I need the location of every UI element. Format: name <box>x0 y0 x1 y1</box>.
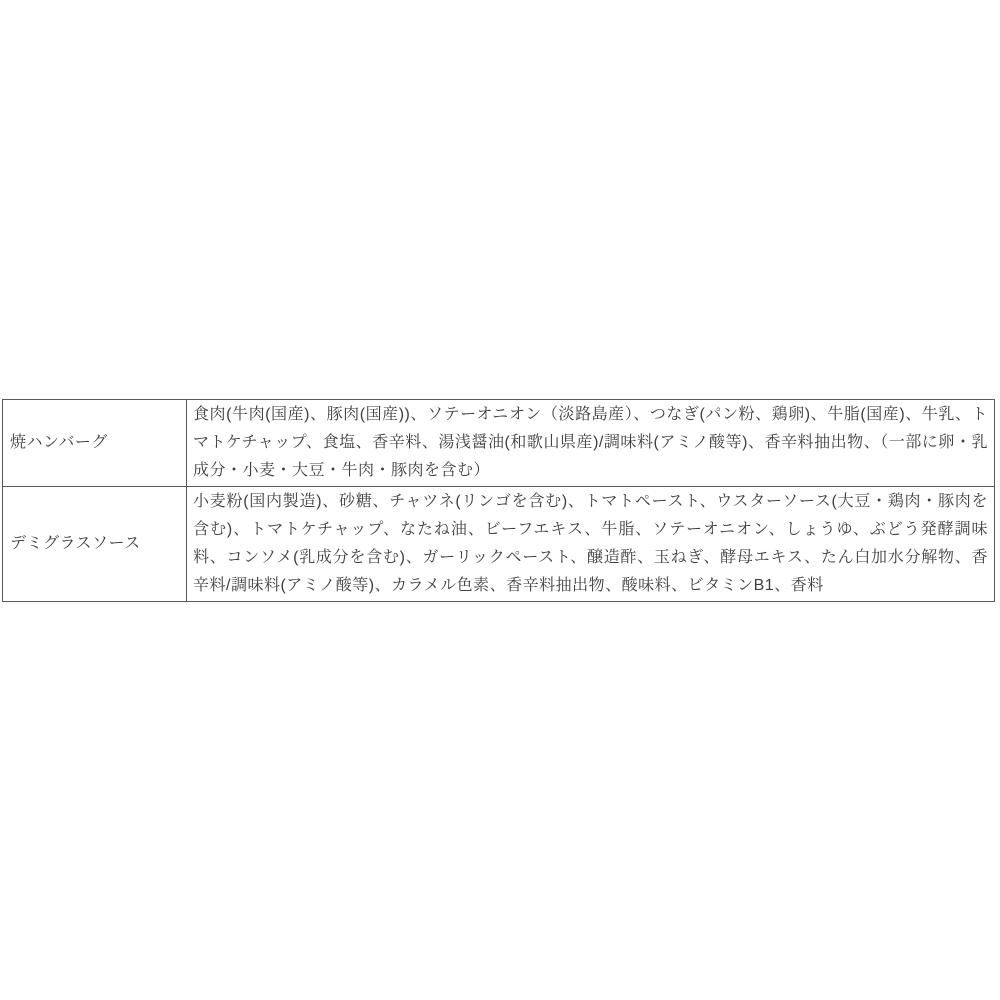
ingredients-cell: 小麦粉(国内製造)、砂糖、チャツネ(リンゴを含む)、トマトペースト、ウスターソー… <box>187 487 995 602</box>
table-row: 焼ハンバーグ 食肉(牛肉(国産)、豚肉(国産))、ソテーオニオン（淡路島産）、つ… <box>3 400 995 487</box>
product-name-cell: 焼ハンバーグ <box>3 400 187 487</box>
table-row: デミグラスソース 小麦粉(国内製造)、砂糖、チャツネ(リンゴを含む)、トマトペー… <box>3 487 995 602</box>
ingredients-table: 焼ハンバーグ 食肉(牛肉(国産)、豚肉(国産))、ソテーオニオン（淡路島産）、つ… <box>2 399 995 602</box>
ingredients-cell: 食肉(牛肉(国産)、豚肉(国産))、ソテーオニオン（淡路島産）、つなぎ(パン粉、… <box>187 400 995 487</box>
product-name-cell: デミグラスソース <box>3 487 187 602</box>
